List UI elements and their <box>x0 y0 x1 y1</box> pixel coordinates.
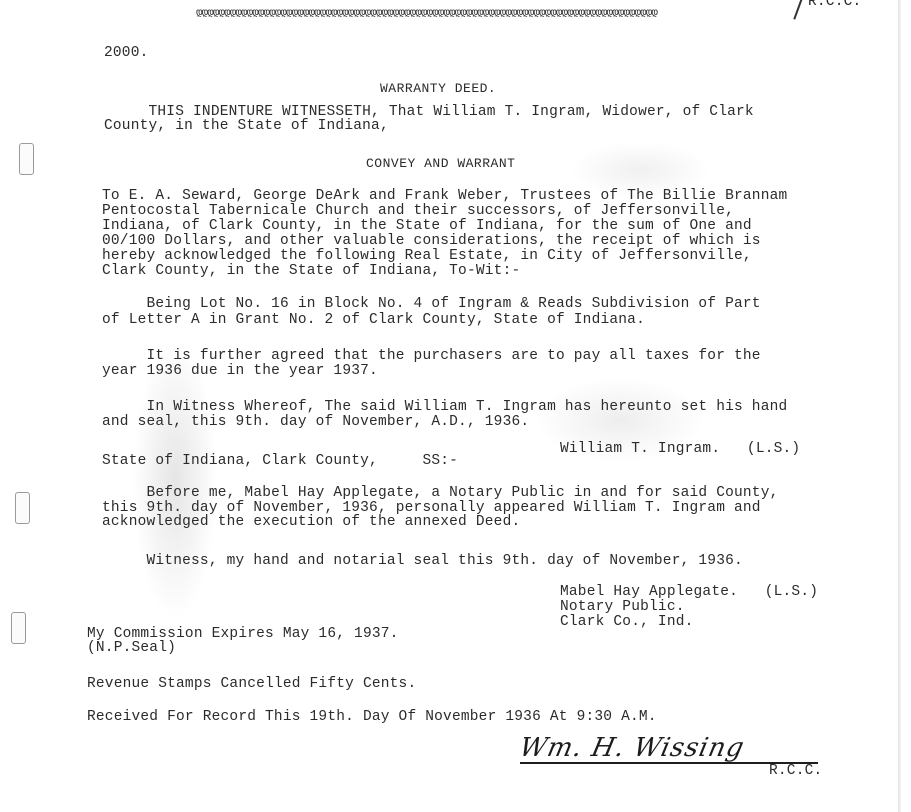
notary-title: Notary Public. <box>560 599 685 615</box>
notary-seal-note: (N.P.Seal) <box>87 640 176 656</box>
recorder-signature: Wm. H. Wissing <box>517 733 747 763</box>
lot-line-2: of Letter A in Grant No. 2 of Clark Coun… <box>102 312 645 328</box>
grantee-line-1: To E. A. Seward, George DeArk and Frank … <box>102 188 787 204</box>
page-edge-shadow <box>898 0 901 812</box>
binder-hole-icon <box>19 143 34 175</box>
notary-county: Clark Co., Ind. <box>560 614 694 630</box>
grantee-line-5: hereby acknowledged the following Real E… <box>102 248 752 264</box>
top-fragment: R.C.C. <box>808 0 861 10</box>
taxes-line-2: year 1936 due in the year 1937. <box>102 363 378 379</box>
notary-name: Mabel Hay Applegate. (L.S.) <box>560 584 818 600</box>
binder-hole-icon <box>11 612 26 644</box>
grantee-line-3: Indiana, of Clark County, in the State o… <box>102 218 752 234</box>
intro-line-2: County, in the State of Indiana, <box>104 118 389 134</box>
notary-line-3: acknowledged the execution of the annexe… <box>102 514 520 530</box>
record-number: 2000. <box>104 45 149 61</box>
witness-line-1: In Witness Whereof, The said William T. … <box>102 399 787 415</box>
ornamental-separator: დდდდდდდდდდდდდდდდდდდდდდდდდდდდდდდდდდდდდდდდ… <box>196 9 711 27</box>
recorder-title: R.C.C. <box>769 763 822 779</box>
grantee-line-2: Pentocostal Tabernicale Church and their… <box>102 203 734 219</box>
document-title: WARRANTY DEED. <box>380 81 496 97</box>
notary-witness-line: Witness, my hand and notarial seal this … <box>102 553 743 569</box>
lot-line-1: Being Lot No. 16 in Block No. 4 of Ingra… <box>102 296 761 312</box>
venue-line: State of Indiana, Clark County, SS:- <box>102 453 458 469</box>
grantee-line-4: 00/100 Dollars, and other valuable consi… <box>102 233 761 249</box>
notary-line-1: Before me, Mabel Hay Applegate, a Notary… <box>102 485 779 501</box>
revenue-stamps-line: Revenue Stamps Cancelled Fifty Cents. <box>87 676 416 692</box>
received-for-record-line: Received For Record This 19th. Day Of No… <box>87 709 657 725</box>
grantee-line-6: Clark County, in the State of Indiana, T… <box>102 263 520 279</box>
scanned-deed-page: R.C.C. დდდდდდდდდდდდდდდდდდდდდდდდდდდდდდდდდ… <box>0 0 911 812</box>
grantor-signature: William T. Ingram. (L.S.) <box>560 441 800 457</box>
witness-line-2: and seal, this 9th. day of November, A.D… <box>102 414 529 430</box>
binder-hole-icon <box>15 492 30 524</box>
convey-heading: CONVEY AND WARRANT <box>366 156 515 172</box>
taxes-line-1: It is further agreed that the purchasers… <box>102 348 761 364</box>
pen-stroke <box>793 0 802 20</box>
